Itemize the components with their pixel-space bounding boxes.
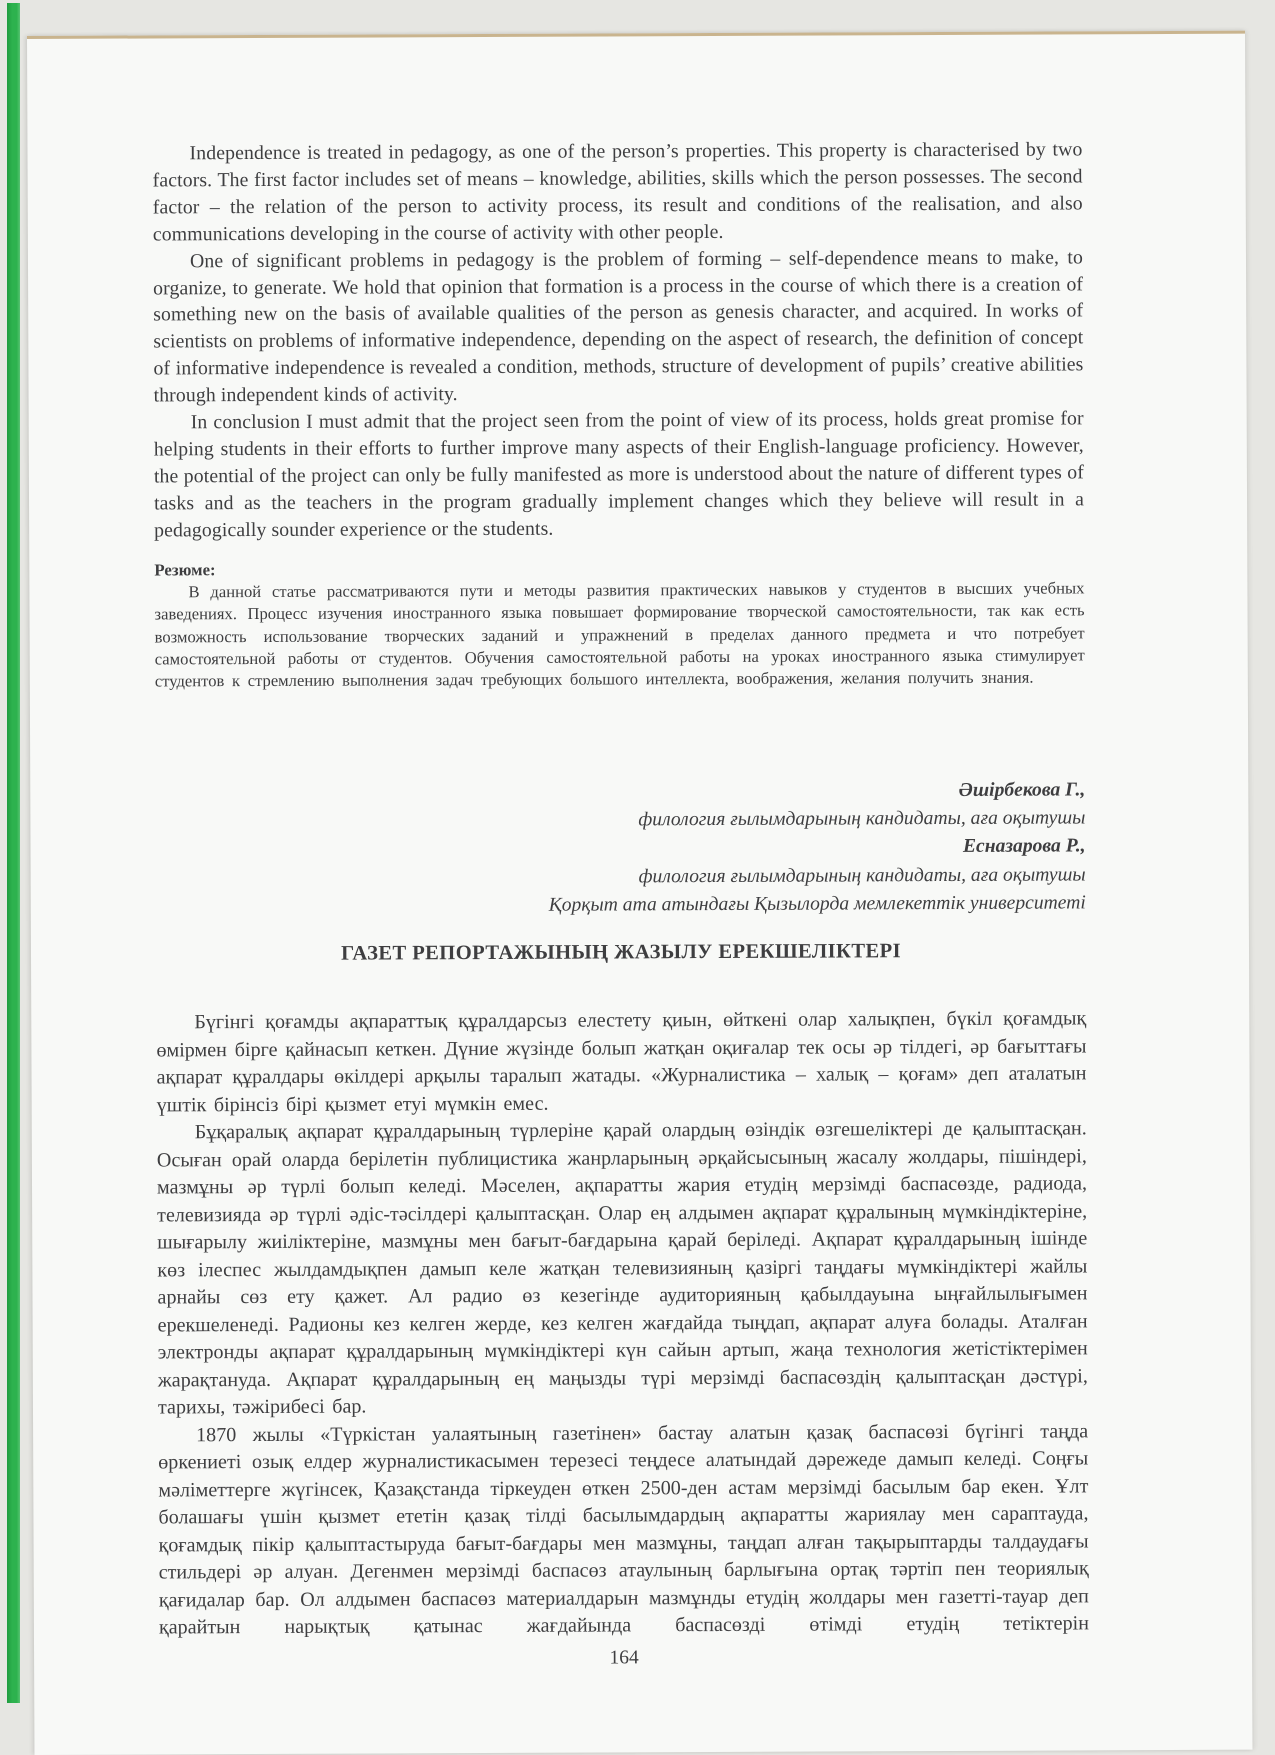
authors-section: Әшірбекова Г., филология ғылымдарының ка…	[155, 776, 1086, 921]
article-title-section: ГАЗЕТ РЕПОРТАЖЫНЫҢ ЖАЗЫЛУ ЕРЕКШЕЛІКТЕРІ	[156, 937, 1086, 967]
english-paragraph: One of significant problems in pedagogy …	[153, 244, 1084, 409]
english-paragraph: In conclusion I must admit that the proj…	[154, 405, 1085, 544]
page-number: 164	[159, 1645, 1089, 1671]
author-affiliation: филология ғылымдарының кандидаты, аға оқ…	[156, 861, 1086, 893]
author-name: Әшірбекова Г.,	[155, 776, 1085, 808]
resume-body: В данной статье рассматриваются пути и м…	[154, 577, 1084, 693]
paper-sheet: Independence is treated in pedagogy, as …	[27, 31, 1252, 1755]
university-name: Қорқыт ата атындағы Қызылорда мемлекетті…	[156, 889, 1086, 921]
article-paragraph: 1870 жылы «Түркістан уалаятының газетіне…	[158, 1418, 1089, 1642]
article-paragraph: Бұқаралық ақпарат құралдарының түрлеріне…	[157, 1115, 1088, 1422]
english-paragraph: Independence is treated in pedagogy, as …	[152, 136, 1082, 248]
article-body-section: Бүгінгі қоғамды ақпараттық құралдарсыз е…	[156, 1005, 1089, 1642]
article-title: ГАЗЕТ РЕПОРТАЖЫНЫҢ ЖАЗЫЛУ ЕРЕКШЕЛІКТЕРІ	[156, 937, 1086, 967]
scanner-edge-green-strip	[7, 3, 20, 1703]
english-abstract-section: Independence is treated in pedagogy, as …	[152, 136, 1084, 544]
resume-section: Резюме: В данной статье рассматриваются …	[154, 555, 1085, 693]
author-affiliation: филология ғылымдарының кандидаты, аға оқ…	[155, 805, 1085, 837]
article-paragraph: Бүгінгі қоғамды ақпараттық құралдарсыз е…	[156, 1005, 1086, 1119]
author-name: Есназарова Р.,	[155, 833, 1085, 865]
